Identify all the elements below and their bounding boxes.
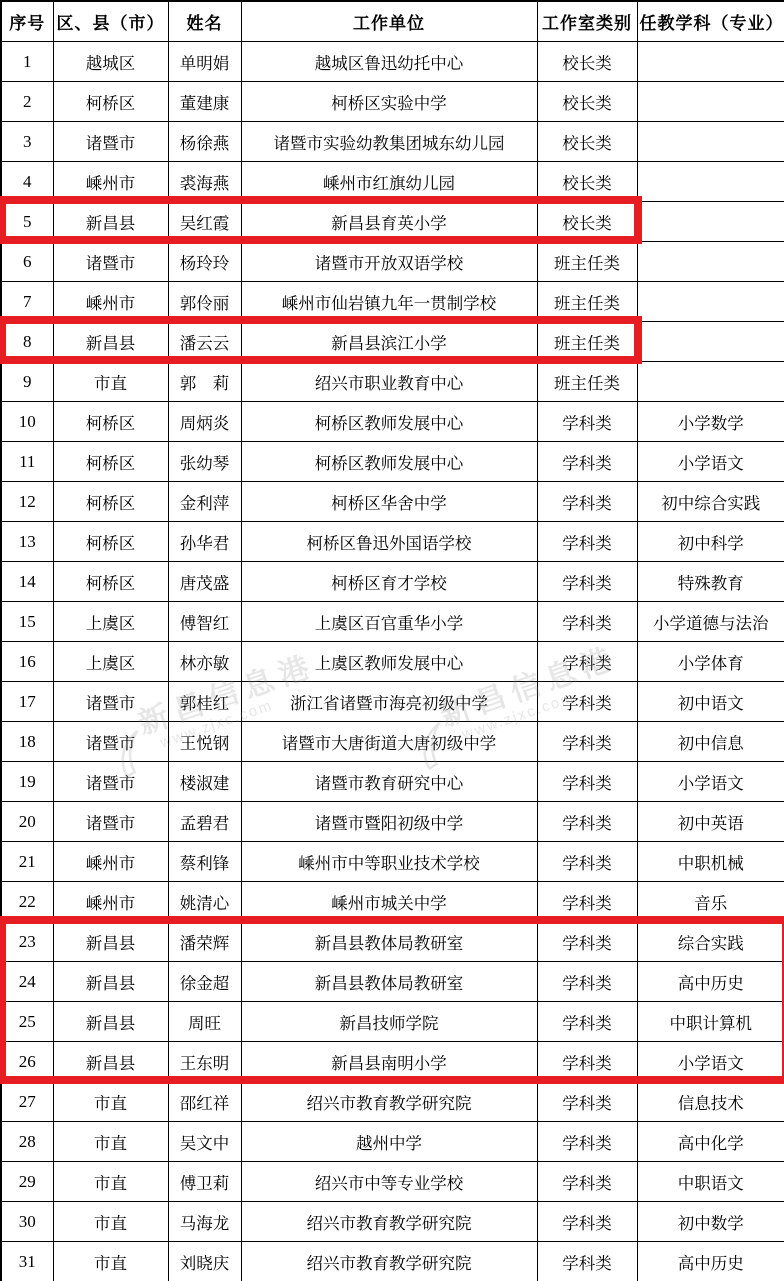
table-row: 26新昌县王东明新昌县南明小学学科类小学语文 (1, 1042, 784, 1082)
unit-cell: 新昌县教体局教研室 (241, 962, 537, 1002)
category-cell: 学科类 (537, 442, 637, 482)
serial-cell: 9 (1, 362, 53, 402)
district-cell: 上虞区 (53, 642, 168, 682)
table-row: 19诸暨市楼淑建诸暨市教育研究中心学科类小学语文 (1, 762, 784, 802)
serial-cell: 13 (1, 522, 53, 562)
header-serial: 序号 (1, 1, 53, 42)
category-cell: 学科类 (537, 482, 637, 522)
table-row: 23新昌县潘荣辉新昌县教体局教研室学科类综合实践 (1, 922, 784, 962)
unit-cell: 柯桥区华舍中学 (241, 482, 537, 522)
table-row: 16上虞区林亦敏上虞区教师发展中心学科类小学体育 (1, 642, 784, 682)
name-cell: 孟碧君 (168, 802, 241, 842)
category-cell: 校长类 (537, 82, 637, 122)
serial-cell: 20 (1, 802, 53, 842)
subject-cell: 中职语文 (637, 1162, 784, 1202)
name-cell: 单明娟 (168, 42, 241, 82)
table-row: 31市直刘晓庆绍兴市教育教学研究院学科类高中历史 (1, 1242, 784, 1281)
subject-cell (637, 122, 784, 162)
category-cell: 学科类 (537, 1202, 637, 1242)
subject-cell: 中职机械 (637, 842, 784, 882)
category-cell: 学科类 (537, 642, 637, 682)
unit-cell: 绍兴市中等专业学校 (241, 1162, 537, 1202)
district-cell: 市直 (53, 1202, 168, 1242)
unit-cell: 越州中学 (241, 1122, 537, 1162)
category-cell: 学科类 (537, 1082, 637, 1122)
name-cell: 裘海燕 (168, 162, 241, 202)
serial-cell: 31 (1, 1242, 53, 1281)
serial-cell: 24 (1, 962, 53, 1002)
category-cell: 学科类 (537, 402, 637, 442)
category-cell: 学科类 (537, 1122, 637, 1162)
table-row: 2柯桥区董建康柯桥区实验中学校长类 (1, 82, 784, 122)
serial-cell: 26 (1, 1042, 53, 1082)
subject-cell: 初中英语 (637, 802, 784, 842)
serial-cell: 28 (1, 1122, 53, 1162)
table-row: 8新昌县潘云云新昌县滨江小学班主任类 (1, 322, 784, 362)
district-cell: 柯桥区 (53, 402, 168, 442)
table-row: 9市直郭 莉绍兴市职业教育中心班主任类 (1, 362, 784, 402)
unit-cell: 越城区鲁迅幼托中心 (241, 42, 537, 82)
serial-cell: 11 (1, 442, 53, 482)
unit-cell: 上虞区教师发展中心 (241, 642, 537, 682)
subject-cell (637, 282, 784, 322)
subject-cell: 初中信息 (637, 722, 784, 762)
serial-cell: 16 (1, 642, 53, 682)
district-cell: 诸暨市 (53, 682, 168, 722)
category-cell: 学科类 (537, 962, 637, 1002)
serial-cell: 18 (1, 722, 53, 762)
name-cell: 王东明 (168, 1042, 241, 1082)
header-subject: 任教学科（专业） (637, 1, 784, 42)
header-row: 序号 区、县（市） 姓名 工作单位 工作室类别 任教学科（专业） (1, 1, 784, 42)
header-category: 工作室类别 (537, 1, 637, 42)
category-cell: 学科类 (537, 922, 637, 962)
name-cell: 蔡利锋 (168, 842, 241, 882)
district-cell: 柯桥区 (53, 482, 168, 522)
table-row: 11柯桥区张幼琴柯桥区教师发展中心学科类小学语文 (1, 442, 784, 482)
unit-cell: 嵊州市仙岩镇九年一贯制学校 (241, 282, 537, 322)
unit-cell: 柯桥区教师发展中心 (241, 402, 537, 442)
category-cell: 学科类 (537, 882, 637, 922)
district-cell: 新昌县 (53, 962, 168, 1002)
unit-cell: 诸暨市暨阳初级中学 (241, 802, 537, 842)
serial-cell: 29 (1, 1162, 53, 1202)
document-page: 新昌信息港 www.zjxc.com 新昌信息港 www.zjxc.com 序号… (0, 0, 784, 1281)
district-cell: 新昌县 (53, 322, 168, 362)
category-cell: 学科类 (537, 602, 637, 642)
subject-cell (637, 42, 784, 82)
district-cell: 嵊州市 (53, 842, 168, 882)
district-cell: 诸暨市 (53, 802, 168, 842)
table-row: 24新昌县徐金超新昌县教体局教研室学科类高中历史 (1, 962, 784, 1002)
district-cell: 诸暨市 (53, 762, 168, 802)
subject-cell: 信息技术 (637, 1082, 784, 1122)
header-name: 姓名 (168, 1, 241, 42)
serial-cell: 8 (1, 322, 53, 362)
name-cell: 吴文中 (168, 1122, 241, 1162)
district-cell: 诸暨市 (53, 122, 168, 162)
table-row: 13柯桥区孙华君柯桥区鲁迅外国语学校学科类初中科学 (1, 522, 784, 562)
serial-cell: 14 (1, 562, 53, 602)
district-cell: 诸暨市 (53, 242, 168, 282)
serial-cell: 1 (1, 42, 53, 82)
table-row: 17诸暨市郭桂红浙江省诸暨市海亮初级中学学科类初中语文 (1, 682, 784, 722)
district-cell: 市直 (53, 1162, 168, 1202)
name-cell: 林亦敏 (168, 642, 241, 682)
name-cell: 郭桂红 (168, 682, 241, 722)
unit-cell: 新昌技师学院 (241, 1002, 537, 1042)
table-row: 6诸暨市杨玲玲诸暨市开放双语学校班主任类 (1, 242, 784, 282)
subject-cell: 小学语文 (637, 442, 784, 482)
serial-cell: 5 (1, 202, 53, 242)
category-cell: 班主任类 (537, 322, 637, 362)
unit-cell: 新昌县滨江小学 (241, 322, 537, 362)
subject-cell: 小学数学 (637, 402, 784, 442)
unit-cell: 柯桥区实验中学 (241, 82, 537, 122)
table-row: 3诸暨市杨徐燕诸暨市实验幼教集团城东幼儿园校长类 (1, 122, 784, 162)
table-row: 22嵊州市姚清心嵊州市城关中学学科类音乐 (1, 882, 784, 922)
serial-cell: 25 (1, 1002, 53, 1042)
name-cell: 董建康 (168, 82, 241, 122)
district-cell: 越城区 (53, 42, 168, 82)
district-cell: 市直 (53, 362, 168, 402)
name-cell: 刘晓庆 (168, 1242, 241, 1281)
table-row: 29市直傅卫莉绍兴市中等专业学校学科类中职语文 (1, 1162, 784, 1202)
category-cell: 学科类 (537, 1002, 637, 1042)
header-district: 区、县（市） (53, 1, 168, 42)
unit-cell: 浙江省诸暨市海亮初级中学 (241, 682, 537, 722)
name-cell: 杨玲玲 (168, 242, 241, 282)
subject-cell: 小学道德与法治 (637, 602, 784, 642)
table-row: 20诸暨市孟碧君诸暨市暨阳初级中学学科类初中英语 (1, 802, 784, 842)
table-row: 18诸暨市王悦钢诸暨市大唐街道大唐初级中学学科类初中信息 (1, 722, 784, 762)
unit-cell: 新昌县南明小学 (241, 1042, 537, 1082)
subject-cell: 高中历史 (637, 1242, 784, 1281)
subject-cell (637, 162, 784, 202)
category-cell: 学科类 (537, 802, 637, 842)
subject-cell: 高中历史 (637, 962, 784, 1002)
serial-cell: 4 (1, 162, 53, 202)
name-cell: 郭伶丽 (168, 282, 241, 322)
district-cell: 柯桥区 (53, 82, 168, 122)
subject-cell: 初中综合实践 (637, 482, 784, 522)
name-cell: 楼淑建 (168, 762, 241, 802)
name-cell: 马海龙 (168, 1202, 241, 1242)
district-cell: 柯桥区 (53, 442, 168, 482)
name-cell: 潘云云 (168, 322, 241, 362)
unit-cell: 嵊州市中等职业技术学校 (241, 842, 537, 882)
name-cell: 傅智红 (168, 602, 241, 642)
category-cell: 学科类 (537, 562, 637, 602)
name-cell: 徐金超 (168, 962, 241, 1002)
category-cell: 学科类 (537, 1042, 637, 1082)
name-cell: 唐茂盛 (168, 562, 241, 602)
name-cell: 傅卫莉 (168, 1162, 241, 1202)
serial-cell: 19 (1, 762, 53, 802)
unit-cell: 绍兴市教育教学研究院 (241, 1082, 537, 1122)
unit-cell: 柯桥区育才学校 (241, 562, 537, 602)
subject-cell: 小学语文 (637, 762, 784, 802)
district-cell: 嵊州市 (53, 882, 168, 922)
district-cell: 市直 (53, 1122, 168, 1162)
district-cell: 诸暨市 (53, 722, 168, 762)
subject-cell: 初中科学 (637, 522, 784, 562)
unit-cell: 诸暨市实验幼教集团城东幼儿园 (241, 122, 537, 162)
district-cell: 新昌县 (53, 1042, 168, 1082)
serial-cell: 21 (1, 842, 53, 882)
category-cell: 班主任类 (537, 282, 637, 322)
header-unit: 工作单位 (241, 1, 537, 42)
category-cell: 学科类 (537, 682, 637, 722)
district-cell: 柯桥区 (53, 522, 168, 562)
table-row: 28市直吴文中越州中学学科类高中化学 (1, 1122, 784, 1162)
serial-cell: 30 (1, 1202, 53, 1242)
name-cell: 吴红霞 (168, 202, 241, 242)
table-row: 5新昌县吴红霞新昌县育英小学校长类 (1, 202, 784, 242)
name-cell: 孙华君 (168, 522, 241, 562)
serial-cell: 6 (1, 242, 53, 282)
unit-cell: 绍兴市教育教学研究院 (241, 1242, 537, 1281)
name-cell: 潘荣辉 (168, 922, 241, 962)
serial-cell: 17 (1, 682, 53, 722)
unit-cell: 嵊州市城关中学 (241, 882, 537, 922)
category-cell: 学科类 (537, 842, 637, 882)
subject-cell: 中职计算机 (637, 1002, 784, 1042)
table-row: 1越城区单明娟越城区鲁迅幼托中心校长类 (1, 42, 784, 82)
table-row: 15上虞区傅智红上虞区百官重华小学学科类小学道德与法治 (1, 602, 784, 642)
subject-cell (637, 322, 784, 362)
subject-cell (637, 242, 784, 282)
district-cell: 市直 (53, 1082, 168, 1122)
subject-cell (637, 82, 784, 122)
subject-cell: 音乐 (637, 882, 784, 922)
district-cell: 市直 (53, 1242, 168, 1281)
serial-cell: 23 (1, 922, 53, 962)
category-cell: 校长类 (537, 42, 637, 82)
unit-cell: 诸暨市开放双语学校 (241, 242, 537, 282)
table-row: 30市直马海龙绍兴市教育教学研究院学科类初中数学 (1, 1202, 784, 1242)
subject-cell (637, 362, 784, 402)
subject-cell: 初中数学 (637, 1202, 784, 1242)
district-cell: 上虞区 (53, 602, 168, 642)
serial-cell: 12 (1, 482, 53, 522)
district-cell: 新昌县 (53, 202, 168, 242)
serial-cell: 10 (1, 402, 53, 442)
district-cell: 新昌县 (53, 1002, 168, 1042)
district-cell: 新昌县 (53, 922, 168, 962)
table-row: 12柯桥区金利萍柯桥区华舍中学学科类初中综合实践 (1, 482, 784, 522)
district-cell: 嵊州市 (53, 282, 168, 322)
unit-cell: 上虞区百官重华小学 (241, 602, 537, 642)
subject-cell: 小学语文 (637, 1042, 784, 1082)
category-cell: 学科类 (537, 722, 637, 762)
category-cell: 学科类 (537, 762, 637, 802)
serial-cell: 2 (1, 82, 53, 122)
category-cell: 班主任类 (537, 362, 637, 402)
district-cell: 嵊州市 (53, 162, 168, 202)
unit-cell: 柯桥区鲁迅外国语学校 (241, 522, 537, 562)
name-cell: 邵红祥 (168, 1082, 241, 1122)
table-row: 10柯桥区周炳炎柯桥区教师发展中心学科类小学数学 (1, 402, 784, 442)
category-cell: 学科类 (537, 1162, 637, 1202)
name-cell: 张幼琴 (168, 442, 241, 482)
unit-cell: 绍兴市教育教学研究院 (241, 1202, 537, 1242)
workshop-leader-table: 序号 区、县（市） 姓名 工作单位 工作室类别 任教学科（专业） 1越城区单明娟… (0, 0, 784, 1281)
category-cell: 学科类 (537, 1242, 637, 1281)
unit-cell: 诸暨市教育研究中心 (241, 762, 537, 802)
table-row: 4嵊州市裘海燕嵊州市红旗幼儿园校长类 (1, 162, 784, 202)
table-row: 7嵊州市郭伶丽嵊州市仙岩镇九年一贯制学校班主任类 (1, 282, 784, 322)
table-row: 25新昌县周旺新昌技师学院学科类中职计算机 (1, 1002, 784, 1042)
table-row: 14柯桥区唐茂盛柯桥区育才学校学科类特殊教育 (1, 562, 784, 602)
name-cell: 杨徐燕 (168, 122, 241, 162)
subject-cell: 综合实践 (637, 922, 784, 962)
category-cell: 校长类 (537, 122, 637, 162)
name-cell: 郭 莉 (168, 362, 241, 402)
unit-cell: 诸暨市大唐街道大唐初级中学 (241, 722, 537, 762)
district-cell: 柯桥区 (53, 562, 168, 602)
subject-cell (637, 202, 784, 242)
subject-cell: 特殊教育 (637, 562, 784, 602)
category-cell: 班主任类 (537, 242, 637, 282)
subject-cell: 小学体育 (637, 642, 784, 682)
subject-cell: 初中语文 (637, 682, 784, 722)
name-cell: 金利萍 (168, 482, 241, 522)
table-row: 27市直邵红祥绍兴市教育教学研究院学科类信息技术 (1, 1082, 784, 1122)
unit-cell: 嵊州市红旗幼儿园 (241, 162, 537, 202)
unit-cell: 新昌县育英小学 (241, 202, 537, 242)
name-cell: 王悦钢 (168, 722, 241, 762)
unit-cell: 柯桥区教师发展中心 (241, 442, 537, 482)
unit-cell: 绍兴市职业教育中心 (241, 362, 537, 402)
serial-cell: 7 (1, 282, 53, 322)
category-cell: 学科类 (537, 522, 637, 562)
subject-cell: 高中化学 (637, 1122, 784, 1162)
serial-cell: 27 (1, 1082, 53, 1122)
category-cell: 校长类 (537, 202, 637, 242)
name-cell: 周旺 (168, 1002, 241, 1042)
serial-cell: 3 (1, 122, 53, 162)
serial-cell: 15 (1, 602, 53, 642)
name-cell: 姚清心 (168, 882, 241, 922)
name-cell: 周炳炎 (168, 402, 241, 442)
unit-cell: 新昌县教体局教研室 (241, 922, 537, 962)
category-cell: 校长类 (537, 162, 637, 202)
serial-cell: 22 (1, 882, 53, 922)
table-row: 21嵊州市蔡利锋嵊州市中等职业技术学校学科类中职机械 (1, 842, 784, 882)
